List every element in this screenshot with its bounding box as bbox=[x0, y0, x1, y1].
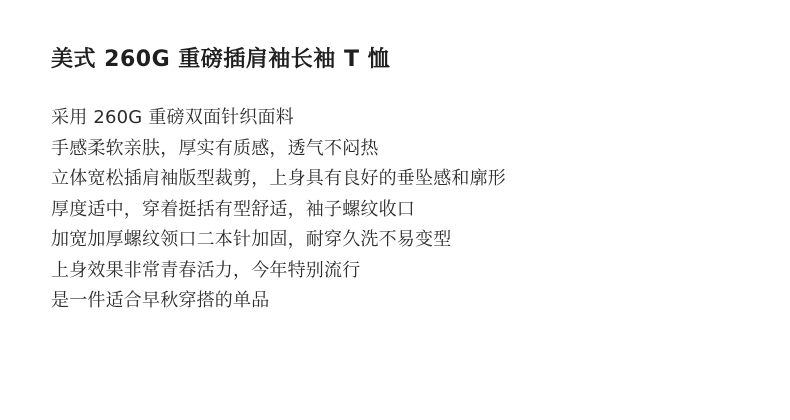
description-line: 是一件适合早秋穿搭的单品 bbox=[51, 286, 506, 317]
description-line: 采用 260G 重磅双面针织面料 bbox=[51, 103, 506, 134]
description-line: 厚度适中，穿着挺括有型舒适，袖子螺纹收口 bbox=[51, 195, 506, 226]
description-line: 手感柔软亲肤，厚实有质感，透气不闷热 bbox=[51, 134, 506, 165]
description-line: 加宽加厚螺纹领口二本针加固，耐穿久洗不易变型 bbox=[51, 225, 506, 256]
product-description-card: 美式 260G 重磅插肩袖长袖 T 恤 采用 260G 重磅双面针织面料 手感柔… bbox=[0, 0, 790, 420]
product-title: 美式 260G 重磅插肩袖长袖 T 恤 bbox=[51, 44, 390, 76]
description-line: 上身效果非常青春活力，今年特别流行 bbox=[51, 256, 506, 287]
description-line: 立体宽松插肩袖版型裁剪，上身具有良好的垂坠感和廓形 bbox=[51, 164, 506, 195]
product-description-list: 采用 260G 重磅双面针织面料 手感柔软亲肤，厚实有质感，透气不闷热 立体宽松… bbox=[51, 103, 506, 317]
